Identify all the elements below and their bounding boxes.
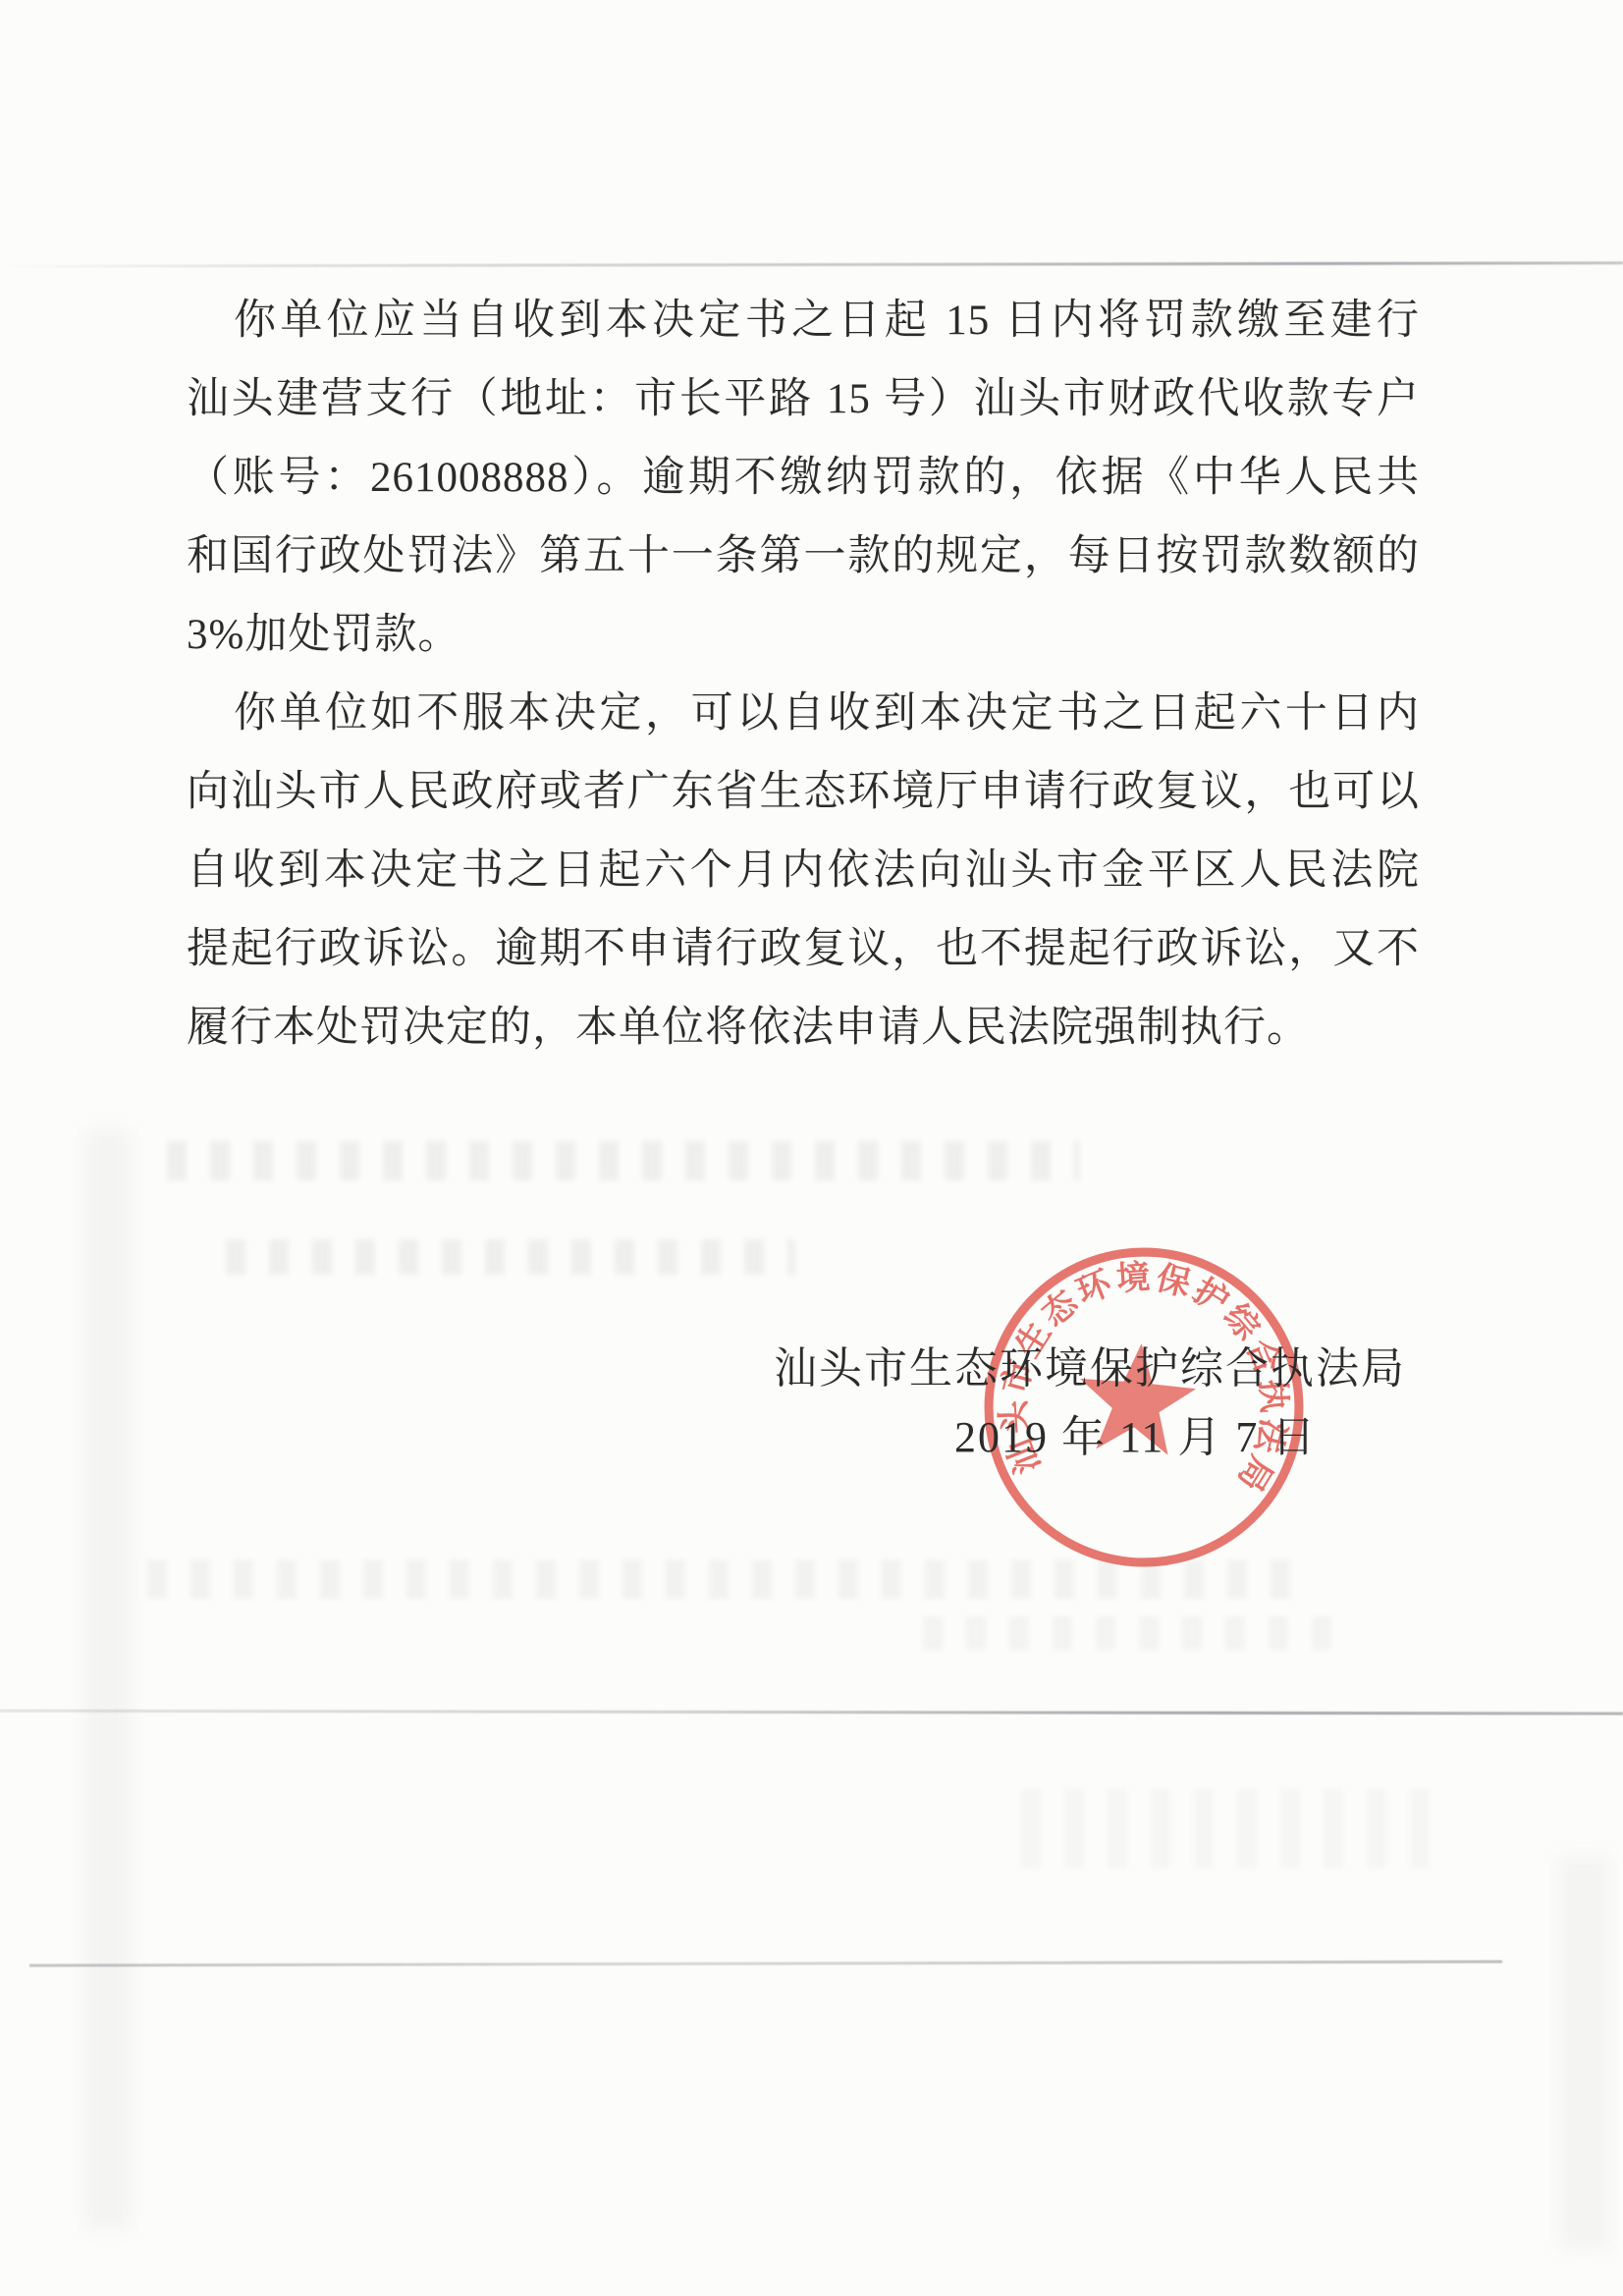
body-text-line: 和国行政处罚法》第五十一条第一款的规定，每日按罚款数额的 [187, 518, 1420, 596]
scan-smudge [1559, 1856, 1610, 2249]
body-text-line: 履行本处罚决定的，本单位将依法申请人民法院强制执行。 [187, 989, 1420, 1067]
body-text-line: 提起行政诉讼。逾期不申请行政复议，也不提起行政诉讼，又不 [187, 910, 1420, 989]
bleedthrough-artifact [167, 1141, 1080, 1180]
document-page: 你单位应当自收到本决定书之日起 15 日内将罚款缴至建行汕头建营支行（地址：市长… [0, 0, 1623, 2296]
body-text-line: 你单位如不服本决定，可以自收到本决定书之日起六十日内 [187, 675, 1420, 753]
signature-agency: 汕头市生态环境保护综合执法局 [774, 1343, 1406, 1394]
scanline-artifact [0, 1710, 1623, 1716]
scanline-artifact [29, 1960, 1502, 1967]
bleedthrough-artifact [226, 1239, 795, 1275]
body-text-line: 自收到本决定书之日起六个月内依法向汕头市金平区人民法院 [187, 832, 1420, 910]
signature-date: 2019 年 11 月 7 日 [954, 1412, 1317, 1463]
scan-smudge [84, 1129, 132, 2229]
document-body: 你单位应当自收到本决定书之日起 15 日内将罚款缴至建行汕头建营支行（地址：市长… [187, 282, 1420, 1067]
bleedthrough-artifact [1021, 1789, 1443, 1868]
bleedthrough-artifact [923, 1616, 1345, 1650]
body-text-line: 向汕头市人民政府或者广东省生态环境厅申请行政复议，也可以 [187, 753, 1420, 832]
scanline-artifact [0, 261, 1623, 267]
body-text-line: （账号：261008888）。逾期不缴纳罚款的，依据《中华人民共 [187, 439, 1420, 518]
body-text-line: 汕头建营支行（地址：市长平路 15 号）汕头市财政代收款专户 [187, 360, 1420, 439]
body-text-line: 你单位应当自收到本决定书之日起 15 日内将罚款缴至建行 [187, 282, 1420, 360]
body-text-line: 3%加处罚款。 [187, 596, 1420, 675]
official-seal: 汕头市生态环境保护综合执法局 [964, 1228, 1324, 1587]
